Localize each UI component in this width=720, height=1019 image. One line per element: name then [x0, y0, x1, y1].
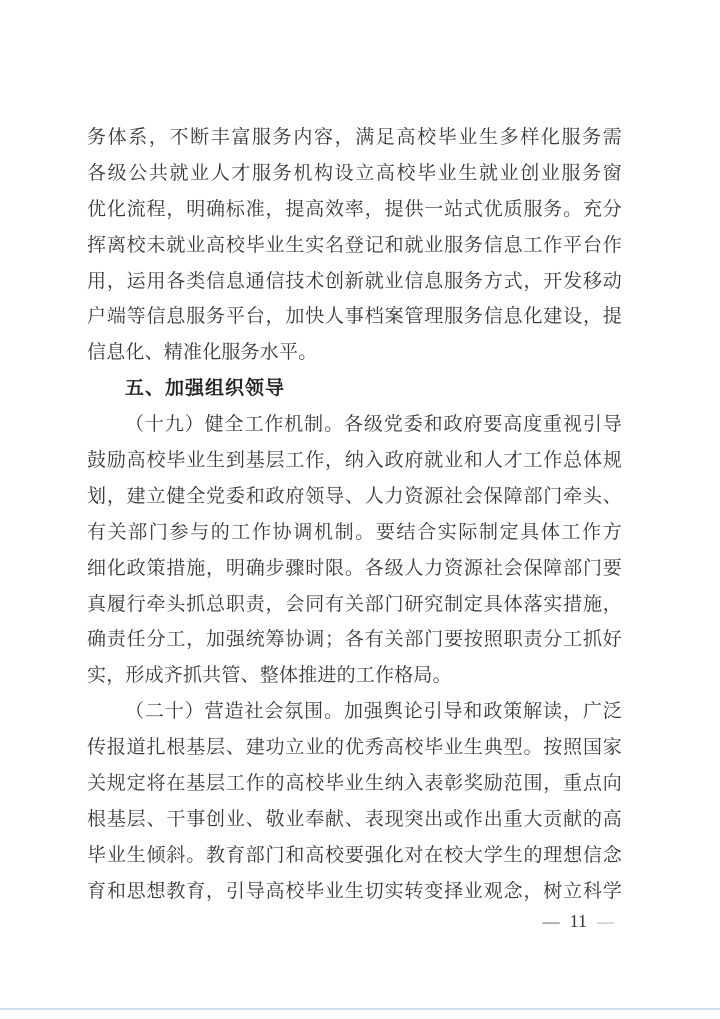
text-line: 根基层、干事创业、敬业奉献、表现突出或作出重大贡献的高校 [87, 802, 622, 838]
text-line: 优化流程，明确标准，提高效率，提供一站式优质服务。充分发 [87, 192, 622, 228]
text-line: 真履行牵头抓总职责，会同有关部门研究制定具体落实措施，明 [87, 587, 622, 623]
text-line: 户端等信息服务平台，加快人事档案管理服务信息化建设，提高 [87, 299, 622, 335]
footer-dash-left: — [543, 912, 560, 931]
text-line: 细化政策措施，明确步骤时限。各级人力资源社会保障部门要认 [87, 551, 622, 587]
text-line: 各级公共就业人才服务机构设立高校毕业生就业创业服务窗口， [87, 156, 622, 192]
text-line: 用，运用各类信息通信技术创新就业信息服务方式，开发移动客 [87, 264, 622, 300]
section-heading: 五、加强组织领导 [87, 371, 622, 407]
text-line: 确责任分工，加强统筹协调；各有关部门要按照职责分工抓好落 [87, 622, 622, 658]
text-line: （十九）健全工作机制。各级党委和政府要高度重视引导和 [87, 407, 622, 443]
page-number: 11 [570, 911, 587, 931]
text-line: （二十）营造社会氛围。加强舆论引导和政策解读，广泛宣 [87, 694, 622, 730]
text-line: 育和思想教育，引导高校毕业生切实转变择业观念，树立科学的 [87, 874, 622, 910]
text-line: 划，建立健全党委和政府领导、人力资源社会保障部门牵头、各 [87, 479, 622, 515]
text-line: 挥离校未就业高校毕业生实名登记和就业服务信息工作平台作 [87, 228, 622, 264]
scanned-document-page: 务体系，不断丰富服务内容，满足高校毕业生多样化服务需求。各级公共就业人才服务机构… [0, 0, 720, 1019]
page-footer: —11— [543, 906, 614, 936]
text-line: 传报道扎根基层、建功立业的优秀高校毕业生典型。按照国家有 [87, 730, 622, 766]
text-line: 关规定将在基层工作的高校毕业生纳入表彰奖励范围，重点向扎 [87, 766, 622, 802]
text-line: 毕业生倾斜。教育部门和高校要强化对在校大学生的理想信念教 [87, 838, 622, 874]
text-line: 鼓励高校毕业生到基层工作，纳入政府就业和人才工作总体规 [87, 443, 622, 479]
document-body-text: 务体系，不断丰富服务内容，满足高校毕业生多样化服务需求。各级公共就业人才服务机构… [87, 120, 622, 910]
text-line: 务体系，不断丰富服务内容，满足高校毕业生多样化服务需求。 [87, 120, 622, 156]
footer-dash-right: — [597, 912, 614, 931]
text-line: 信息化、精准化服务水平。 [87, 335, 622, 371]
text-line: 实，形成齐抓共管、整体推进的工作格局。 [87, 658, 622, 694]
text-line: 有关部门参与的工作协调机制。要结合实际制定具体工作方案， [87, 515, 622, 551]
scanner-artifact-line [0, 1008, 720, 1010]
